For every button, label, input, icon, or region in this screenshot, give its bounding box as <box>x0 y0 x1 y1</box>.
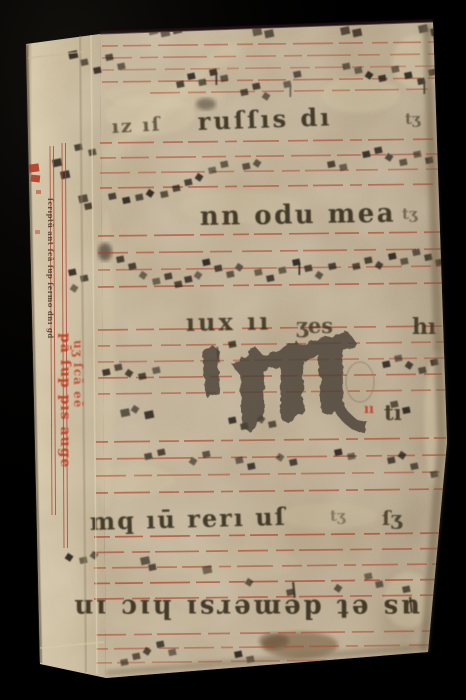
stain <box>167 544 297 580</box>
gothic-text-line3-mid: ʒes <box>296 313 333 338</box>
gothic-text-line2-right: tʒ <box>402 205 418 223</box>
stain <box>98 243 112 261</box>
gothic-text-line1: ruſſıs dı <box>197 102 333 136</box>
gothic-text-line2: nn odu mea <box>200 199 397 232</box>
stain <box>320 77 400 113</box>
neume-stem <box>299 262 301 275</box>
spine-red-title-vertical-1: pā ſup pıs auge <box>57 333 73 468</box>
gothic-text-line3-right: hı <box>412 314 436 340</box>
gothic-text-line5-upside-down: us et demersı hıc ın <box>71 593 420 623</box>
gothic-text-line4: mq ıū rerı uſ <box>89 502 287 536</box>
spine-black-title-vertical: ſcrıptū ant ſcā ſup ſermo dnı gd <box>46 198 55 339</box>
gothic-text-line1-left: ız ıſ <box>111 113 162 138</box>
red-ink-notula: ıı <box>364 402 374 417</box>
gothic-text-line4-mid: tʒ <box>330 507 346 525</box>
spine-red-title-vertical-2: uʒ ſcā eē <box>71 340 85 408</box>
manuscript-book-photo: ız ıſ ruſſıs dı tʒ nn odu mea tʒ ıux ıı … <box>0 0 466 700</box>
gothic-text-line4-right: ſʒ <box>382 506 403 530</box>
gothic-text-line3: ıux ıı <box>186 307 272 337</box>
gothic-text-line1-right: tʒ <box>405 110 421 128</box>
neume-stem <box>290 84 292 97</box>
gothic-text-initial-side: tı <box>384 400 402 425</box>
neume-stem <box>216 72 218 85</box>
book-photo-svg: ız ıſ ruſſıs dı tʒ nn odu mea tʒ ıux ıı … <box>0 0 466 700</box>
book: ız ıſ ruſſıs dı tʒ nn odu mea tʒ ıux ıı … <box>20 14 452 686</box>
